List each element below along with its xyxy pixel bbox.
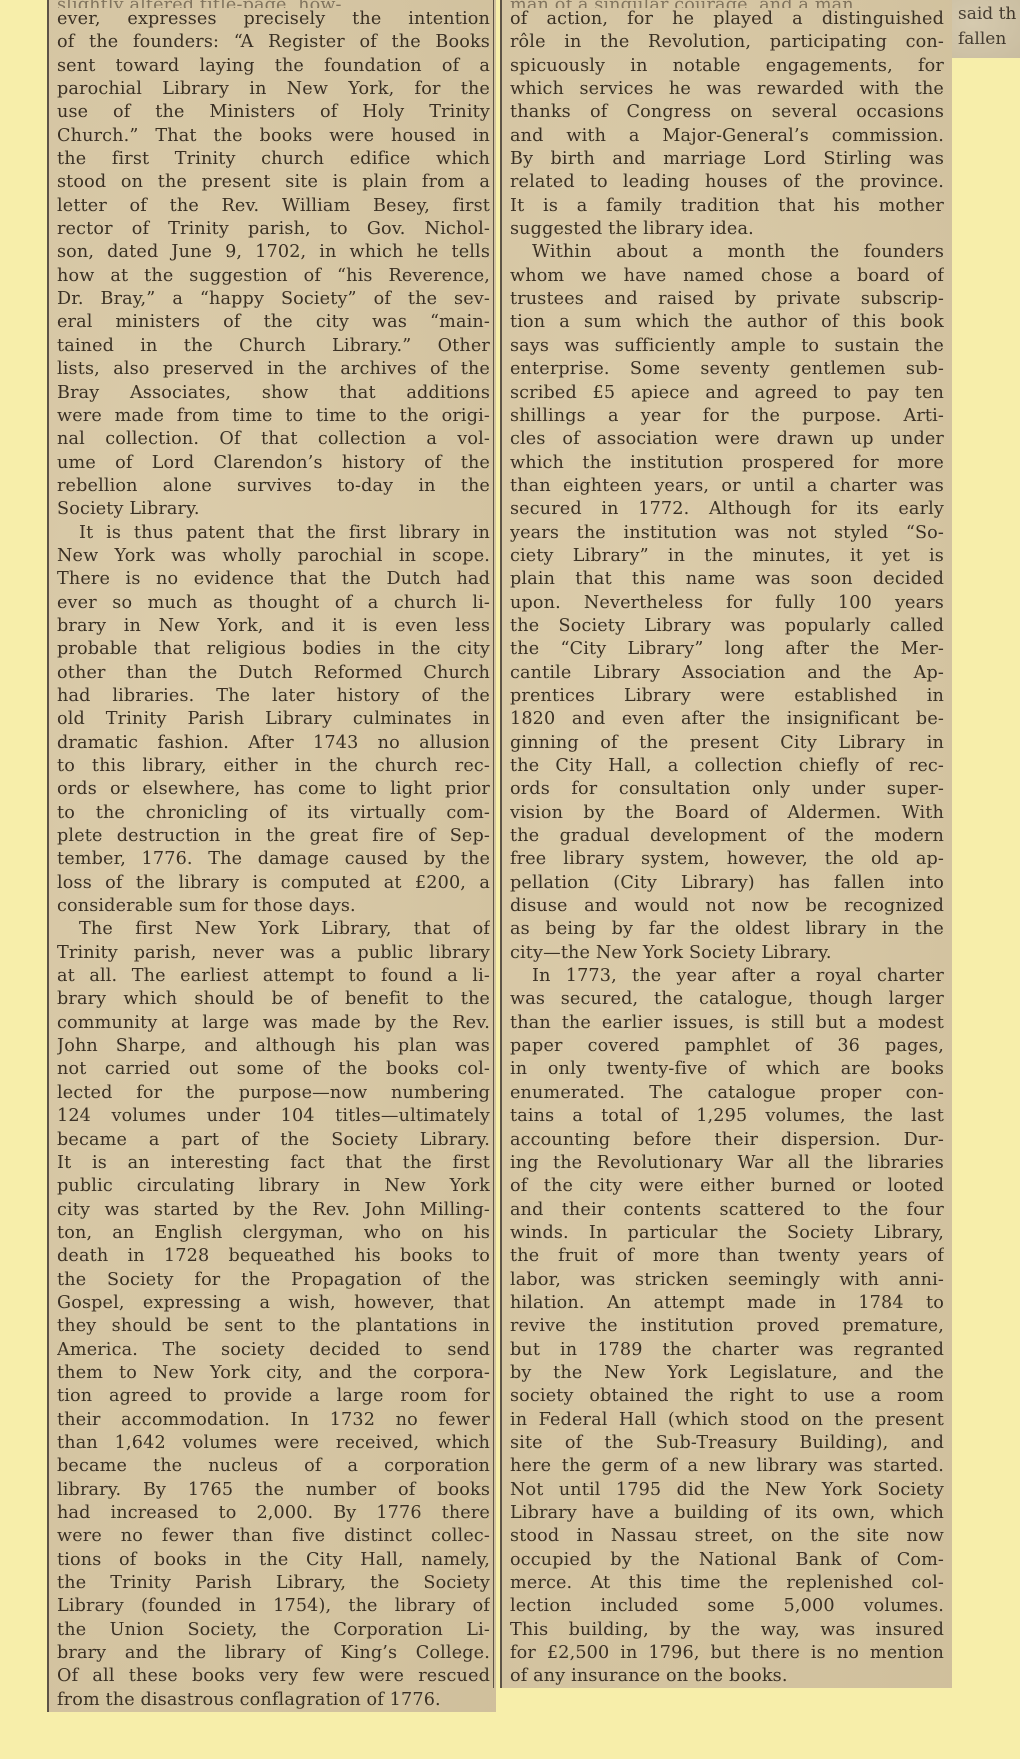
text-line: disuse and would not now be recognized bbox=[510, 895, 944, 918]
text-line: they should be sent to the plantations i… bbox=[57, 1315, 490, 1338]
text-line: death in 1728 bequeathed his books to bbox=[57, 1245, 490, 1268]
text-line: the gradual development of the modern bbox=[510, 825, 944, 848]
text-line: their accommodation. In 1732 no fewer bbox=[57, 1409, 490, 1432]
text-line: Society Library. bbox=[57, 498, 490, 521]
text-line: eral ministers of the city was “main- bbox=[57, 311, 490, 334]
text-line: probable that religious bodies in the ci… bbox=[57, 638, 490, 661]
text-line: which services he was rewarded with the bbox=[510, 78, 944, 101]
text-line: tions of books in the City Hall, namely, bbox=[57, 1549, 490, 1572]
text-line: nal collection. Of that collection a vol… bbox=[57, 428, 490, 451]
text-line: were no fewer than five distinct collec- bbox=[57, 1525, 490, 1548]
text-line: not carried out some of the books col- bbox=[57, 1058, 490, 1081]
text-line: upon. Nevertheless for fully 100 years bbox=[510, 592, 944, 615]
text-line: them to New York city, and the corpora- bbox=[57, 1362, 490, 1385]
text-line: became a part of the Society Library. bbox=[57, 1129, 490, 1152]
adjacent-clipping-fragment: said th fallen bbox=[952, 0, 1020, 58]
text-line: Of all these books very few were rescued bbox=[57, 1665, 490, 1688]
text-line: how at the suggestion of “his Reverence, bbox=[57, 265, 490, 288]
text-line: ciety Library” in the minutes, it yet is bbox=[510, 545, 944, 568]
text-line: America. The society decided to send bbox=[57, 1339, 490, 1362]
text-line: tion agreed to provide a large room for bbox=[57, 1385, 490, 1408]
text-line: to this library, either in the church re… bbox=[57, 755, 490, 778]
text-line: and with a Major-General’s commission. bbox=[510, 125, 944, 148]
text-line: tains a total of 1,295 volumes, the last bbox=[510, 1105, 944, 1128]
text-line: had increased to 2,000. By 1776 there bbox=[57, 1502, 490, 1525]
text-line: ing the Revolutionary War all the librar… bbox=[510, 1152, 944, 1175]
text-line: had libraries. The later history of the bbox=[57, 685, 490, 708]
text-line: sent toward laying the foundation of a bbox=[57, 55, 490, 78]
text-line: the Society for the Propagation of the bbox=[57, 1269, 490, 1292]
text-line: of the founders: “A Register of the Book… bbox=[57, 31, 490, 54]
text-line: ume of Lord Clarendon’s history of the bbox=[57, 452, 490, 475]
torn-top-fragment: slightly altered title-page, how- bbox=[57, 0, 490, 8]
text-line: tion a sum which the author of this book bbox=[510, 311, 944, 334]
text-line: ever so much as thought of a church li- bbox=[57, 592, 490, 615]
text-line: was secured, the catalogue, though large… bbox=[510, 988, 944, 1011]
text-line: society obtained the right to use a room bbox=[510, 1385, 944, 1408]
text-line: secured in 1772. Although for its early bbox=[510, 498, 944, 521]
text-line: 1820 and even after the insignificant be… bbox=[510, 708, 944, 731]
text-line: years the institution was not styled “So… bbox=[510, 522, 944, 545]
text-line: prentices Library were established in bbox=[510, 685, 944, 708]
text-line: than 1,642 volumes were received, which bbox=[57, 1432, 490, 1455]
text-line: the “City Library” long after the Mer- bbox=[510, 638, 944, 661]
text-line: from the disastrous conflagration of 177… bbox=[57, 1689, 490, 1712]
text-line: vision by the Board of Aldermen. With bbox=[510, 802, 944, 825]
text-line: city was started by the Rev. John Millin… bbox=[57, 1199, 490, 1222]
text-line: the Society Library was popularly called bbox=[510, 615, 944, 638]
text-line: of action, for he played a distinguished bbox=[510, 8, 944, 31]
text-line: Gospel, expressing a wish, however, that bbox=[57, 1292, 490, 1315]
text-line: plain that this name was soon decided bbox=[510, 568, 944, 591]
text-line: of any insurance on the books. bbox=[510, 1665, 944, 1688]
text-line: whom we have named chose a board of bbox=[510, 265, 944, 288]
text-line: Library have a building of its own, whic… bbox=[510, 1502, 944, 1525]
text-line: Within about a month the founders bbox=[510, 241, 944, 264]
text-line: son, dated June 9, 1702, in which he tel… bbox=[57, 241, 490, 264]
text-line: rebellion alone survives to-day in the bbox=[57, 475, 490, 498]
text-line: revive the institution proved premature, bbox=[510, 1315, 944, 1338]
text-line: By birth and marriage Lord Stirling was bbox=[510, 148, 944, 171]
text-line: It is a family tradition that his mother bbox=[510, 195, 944, 218]
text-line: hilation. An attempt made in 1784 to bbox=[510, 1292, 944, 1315]
text-line: Library (founded in 1754), the library o… bbox=[57, 1595, 490, 1618]
text-line: Trinity parish, never was a public libra… bbox=[57, 942, 490, 965]
text-line: lected for the purpose—now numbering bbox=[57, 1082, 490, 1105]
text-line: free library system, however, the old ap… bbox=[510, 848, 944, 871]
text-line: lection included some 5,000 volumes. bbox=[510, 1595, 944, 1618]
text-line: stood on the present site is plain from … bbox=[57, 171, 490, 194]
text-line: in only twenty-five of which are books bbox=[510, 1058, 944, 1081]
torn-top-fragment: man of a singular courage, and a man bbox=[510, 0, 944, 8]
text-line: the City Hall, a collection chiefly of r… bbox=[510, 755, 944, 778]
text-line: tember, 1776. The damage caused by the bbox=[57, 848, 490, 871]
text-line: cantile Library Association and the Ap- bbox=[510, 662, 944, 685]
text-line: the Trinity Parish Library, the Society bbox=[57, 1572, 490, 1595]
text-line: to the chronicling of its virtually com- bbox=[57, 802, 490, 825]
text-line: ton, an English clergyman, who on his bbox=[57, 1222, 490, 1245]
text-line: loss of the library is computed at £200,… bbox=[57, 872, 490, 895]
fragment-line: said th bbox=[958, 2, 1020, 27]
text-line: scribed £5 apiece and agreed to pay ten bbox=[510, 382, 944, 405]
article-text-right: man of a singular courage, and a man of … bbox=[510, 0, 944, 1689]
text-line: labor, was stricken seemingly with anni- bbox=[510, 1269, 944, 1292]
text-line: which the institution prospered for more bbox=[510, 452, 944, 475]
text-line: In 1773, the year after a royal charter bbox=[510, 965, 944, 988]
text-line: merce. At this time the replenished col- bbox=[510, 1572, 944, 1595]
text-line: than eighteen years, or until a charter … bbox=[510, 475, 944, 498]
text-line: Dr. Bray,” a “happy Society” of the sev- bbox=[57, 288, 490, 311]
text-line: for £2,500 in 1796, but there is no ment… bbox=[510, 1642, 944, 1665]
text-line: community at large was made by the Rev. bbox=[57, 1012, 490, 1035]
text-line: spicuously in notable engagements, for bbox=[510, 55, 944, 78]
text-line: Church.” That the books were housed in bbox=[57, 125, 490, 148]
text-line: plete destruction in the great fire of S… bbox=[57, 825, 490, 848]
text-line: New York was wholly parochial in scope. bbox=[57, 545, 490, 568]
text-line: site of the Sub-Treasury Building), and bbox=[510, 1432, 944, 1455]
text-line: in Federal Hall (which stood on the pres… bbox=[510, 1409, 944, 1432]
text-line: enumerated. The catalogue proper con- bbox=[510, 1082, 944, 1105]
text-line: but in 1789 the charter was regranted bbox=[510, 1339, 944, 1362]
text-line: thanks of Congress on several occasions bbox=[510, 101, 944, 124]
text-line: the Union Society, the Corporation Li- bbox=[57, 1619, 490, 1642]
text-line: parochial Library in New York, for the bbox=[57, 78, 490, 101]
text-line: by the New York Legislature, and the bbox=[510, 1362, 944, 1385]
text-line: John Sharpe, and although his plan was bbox=[57, 1035, 490, 1058]
text-line: This building, by the way, was insured bbox=[510, 1619, 944, 1642]
text-line: than the earlier issues, is still but a … bbox=[510, 1012, 944, 1035]
text-line: of the city were either burned or looted bbox=[510, 1175, 944, 1198]
text-line: stood in Nassau street, on the site now bbox=[510, 1525, 944, 1548]
text-line: old Trinity Parish Library culminates in bbox=[57, 708, 490, 731]
text-line: rector of Trinity parish, to Gov. Nichol… bbox=[57, 218, 490, 241]
text-line: here the germ of a new library was start… bbox=[510, 1455, 944, 1478]
clipping-column-left: slightly altered title-page, how- ever, … bbox=[47, 0, 496, 1712]
text-line: It is an interesting fact that the first bbox=[57, 1152, 490, 1175]
text-line: tained in the Church Library.” Other bbox=[57, 335, 490, 358]
text-line: ginning of the present City Library in bbox=[510, 732, 944, 755]
text-line: 124 volumes under 104 titles—ultimately bbox=[57, 1105, 490, 1128]
text-line: library. By 1765 the number of books bbox=[57, 1479, 490, 1502]
text-line: brary and the library of King’s College. bbox=[57, 1642, 490, 1665]
text-line: accounting before their dispersion. Dur- bbox=[510, 1129, 944, 1152]
text-line: related to leading houses of the provinc… bbox=[510, 171, 944, 194]
text-line: use of the Ministers of Holy Trinity bbox=[57, 101, 490, 124]
text-line: ords or elsewhere, has come to light pri… bbox=[57, 778, 490, 801]
text-line: dramatic fashion. After 1743 no allusion bbox=[57, 732, 490, 755]
text-line: considerable sum for those days. bbox=[57, 895, 490, 918]
text-line: rôle in the Revolution, participating co… bbox=[510, 31, 944, 54]
text-line: public circulating library in New York bbox=[57, 1175, 490, 1198]
text-line: Not until 1795 did the New York Society bbox=[510, 1479, 944, 1502]
text-line: occupied by the National Bank of Com- bbox=[510, 1549, 944, 1572]
text-line: says was sufficiently ample to sustain t… bbox=[510, 335, 944, 358]
text-line: and their contents scattered to the four bbox=[510, 1199, 944, 1222]
text-line: at all. The earliest attempt to found a … bbox=[57, 965, 490, 988]
text-line: lists, also preserved in the archives of… bbox=[57, 358, 490, 381]
text-line: were made from time to time to the origi… bbox=[57, 405, 490, 428]
text-line: the first Trinity church edifice which bbox=[57, 148, 490, 171]
text-line: the fruit of more than twenty years of bbox=[510, 1245, 944, 1268]
text-line: trustees and raised by private subscrip- bbox=[510, 288, 944, 311]
text-line: brary which should be of benefit to the bbox=[57, 988, 490, 1011]
text-line: cles of association were drawn up under bbox=[510, 428, 944, 451]
text-line: There is no evidence that the Dutch had bbox=[57, 568, 490, 591]
text-line: ords for consultation only under super- bbox=[510, 778, 944, 801]
text-line: enterprise. Some seventy gentlemen sub- bbox=[510, 358, 944, 381]
text-line: The first New York Library, that of bbox=[57, 918, 490, 941]
text-line: winds. In particular the Society Library… bbox=[510, 1222, 944, 1245]
text-line: pellation (City Library) has fallen into bbox=[510, 872, 944, 895]
text-line: city—the New York Society Library. bbox=[510, 942, 944, 965]
text-line: It is thus patent that the first library… bbox=[57, 522, 490, 545]
text-line: letter of the Rev. William Besey, first bbox=[57, 195, 490, 218]
text-line: paper covered pamphlet of 36 pages, bbox=[510, 1035, 944, 1058]
text-line: other than the Dutch Reformed Church bbox=[57, 662, 490, 685]
text-line: as being by far the oldest library in th… bbox=[510, 918, 944, 941]
text-line: ever, expresses precisely the intention bbox=[57, 8, 490, 31]
text-line: became the nucleus of a corporation bbox=[57, 1455, 490, 1478]
text-line: suggested the library idea. bbox=[510, 218, 944, 241]
clipping-column-right: man of a singular courage, and a man of … bbox=[500, 0, 952, 1688]
text-line: shillings a year for the purpose. Arti- bbox=[510, 405, 944, 428]
text-line: brary in New York, and it is even less bbox=[57, 615, 490, 638]
text-line: Bray Associates, show that additions bbox=[57, 382, 490, 405]
article-text-left: slightly altered title-page, how- ever, … bbox=[57, 0, 490, 1712]
fragment-line: fallen bbox=[958, 27, 1020, 52]
